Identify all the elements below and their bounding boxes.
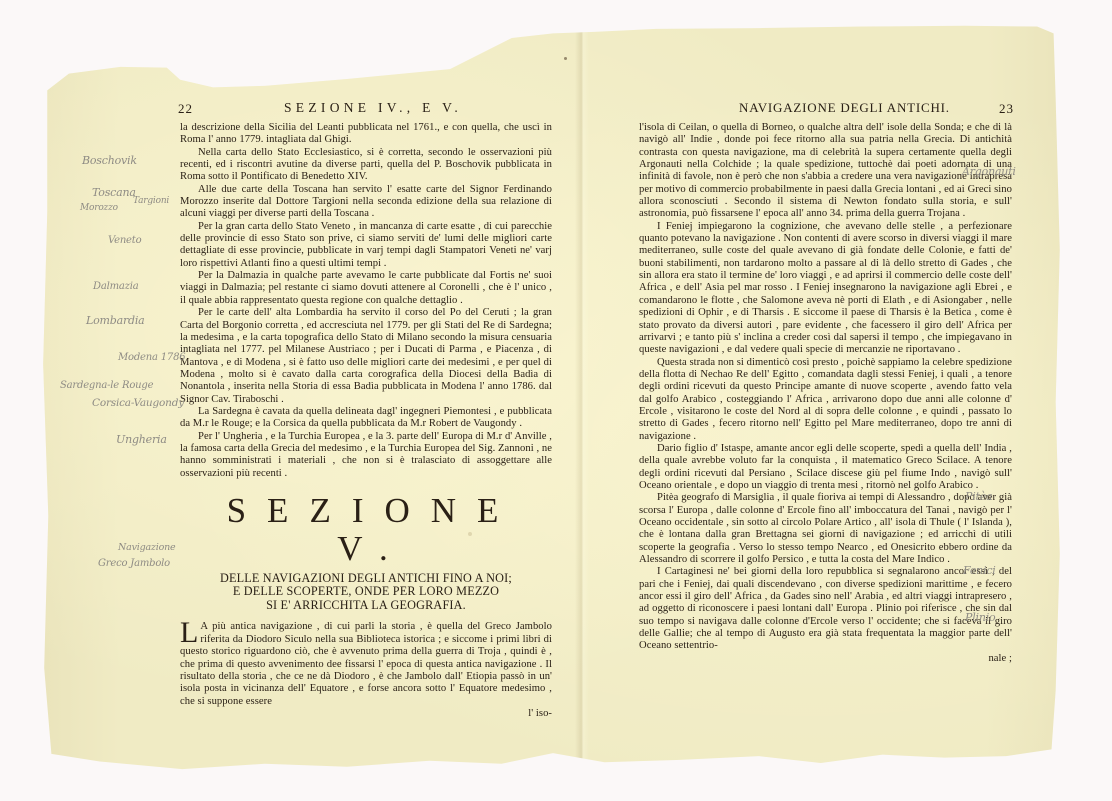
- margin-note: Lombardia: [86, 314, 145, 327]
- paragraph: I Cartaginesi ne' bei giorni della loro …: [639, 566, 1012, 652]
- paragraph: Dario figlio d' Istaspe, amante ancor eg…: [639, 443, 1012, 492]
- margin-note: Morozzo: [80, 203, 118, 213]
- margin-note: Veneto: [108, 235, 141, 246]
- margin-note: Argonauti: [962, 165, 1016, 178]
- paragraph: Per la gran carta dello Stato Veneto , i…: [180, 221, 552, 270]
- right-page-text: NAVIGAZIONE DEGLI ANTICHI. 23 l'isola di…: [639, 104, 1012, 665]
- paragraph: Questa strada non si dimenticò così pres…: [639, 357, 1012, 443]
- paragraph: la descrizione della Sicilia del Leanti …: [180, 122, 552, 147]
- paragraph: Per l' Ungheria , e la Turchia Europea ,…: [180, 431, 552, 480]
- paragraph: l'isola di Ceilan, o quella di Borneo, o…: [639, 122, 1012, 221]
- margin-note: Boschovik: [82, 154, 137, 167]
- paragraph: Per la Dalmazia in qualche parte avevamo…: [180, 270, 552, 307]
- paragraph: Alle due carte della Toscana han servito…: [180, 184, 552, 221]
- subtitle-line: SI E' ARRICCHITA LA GEOGRAFIA.: [180, 599, 552, 613]
- last-line: nale ;: [639, 653, 1012, 665]
- left-running-head: 22 SEZIONE IV., E V.: [180, 104, 552, 120]
- section-title: SEZIONE V.: [194, 492, 552, 568]
- book-spread: 22 SEZIONE IV., E V. la descrizione dell…: [38, 22, 1068, 782]
- page-number: 23: [999, 103, 1014, 115]
- opening-paragraph-text: A più antica navigazione , di cui parli …: [180, 621, 552, 706]
- paragraph: I Feniej impiegarono la cognizione, che …: [639, 221, 1012, 357]
- margin-note: Ungheria: [116, 433, 167, 446]
- opening-paragraph: LA più antica navigazione , di cui parli…: [180, 621, 552, 707]
- margin-note: Modena 1786: [118, 352, 185, 363]
- drop-cap: L: [180, 621, 198, 645]
- subtitle-line: E DELLE SCOPERTE, ONDE PER LORO MEZZO: [180, 585, 552, 599]
- margin-note: Greco Jambolo: [98, 558, 170, 569]
- left-page-text: 22 SEZIONE IV., E V. la descrizione dell…: [180, 104, 552, 720]
- margin-note: Navigazione: [118, 542, 175, 553]
- paper-speck: [468, 532, 472, 536]
- margin-note: Fenici: [963, 564, 996, 577]
- margin-note: Dalmazia: [93, 281, 138, 292]
- paragraph: Pitèa geografo di Marsiglia , il quale f…: [639, 492, 1012, 566]
- section-subtitle: DELLE NAVIGAZIONI DEGLI ANTICHI FINO A N…: [180, 572, 552, 613]
- paper-speck: [193, 44, 199, 49]
- margin-note: Targioni: [133, 196, 169, 206]
- paper-speck: [564, 57, 567, 60]
- page-number: 22: [178, 103, 193, 115]
- margin-note: Corsica-Vaugondy: [92, 397, 184, 409]
- margin-note: Plinio: [965, 611, 995, 624]
- paragraph: Nella carta dello Stato Ecclesiastico, s…: [180, 147, 552, 184]
- running-head-title: SEZIONE IV., E V.: [284, 102, 462, 114]
- margin-note: Sardegna-le Rouge: [60, 380, 153, 391]
- paragraph: La Sardegna è cavata da quella delineata…: [180, 406, 552, 431]
- running-head-title: NAVIGAZIONE DEGLI ANTICHI.: [739, 102, 950, 114]
- subtitle-line: DELLE NAVIGAZIONI DEGLI ANTICHI FINO A N…: [180, 572, 552, 586]
- book-gutter: [575, 22, 589, 782]
- right-page: NAVIGAZIONE DEGLI ANTICHI. 23 l'isola di…: [589, 22, 1068, 782]
- right-running-head: NAVIGAZIONE DEGLI ANTICHI. 23: [639, 104, 1012, 120]
- catchword: l' iso-: [180, 708, 552, 720]
- margin-note: Toscana: [92, 186, 136, 199]
- margin-note: Pitèa: [965, 490, 992, 503]
- paragraph: Per le carte dell' alta Lombardia ha ser…: [180, 307, 552, 406]
